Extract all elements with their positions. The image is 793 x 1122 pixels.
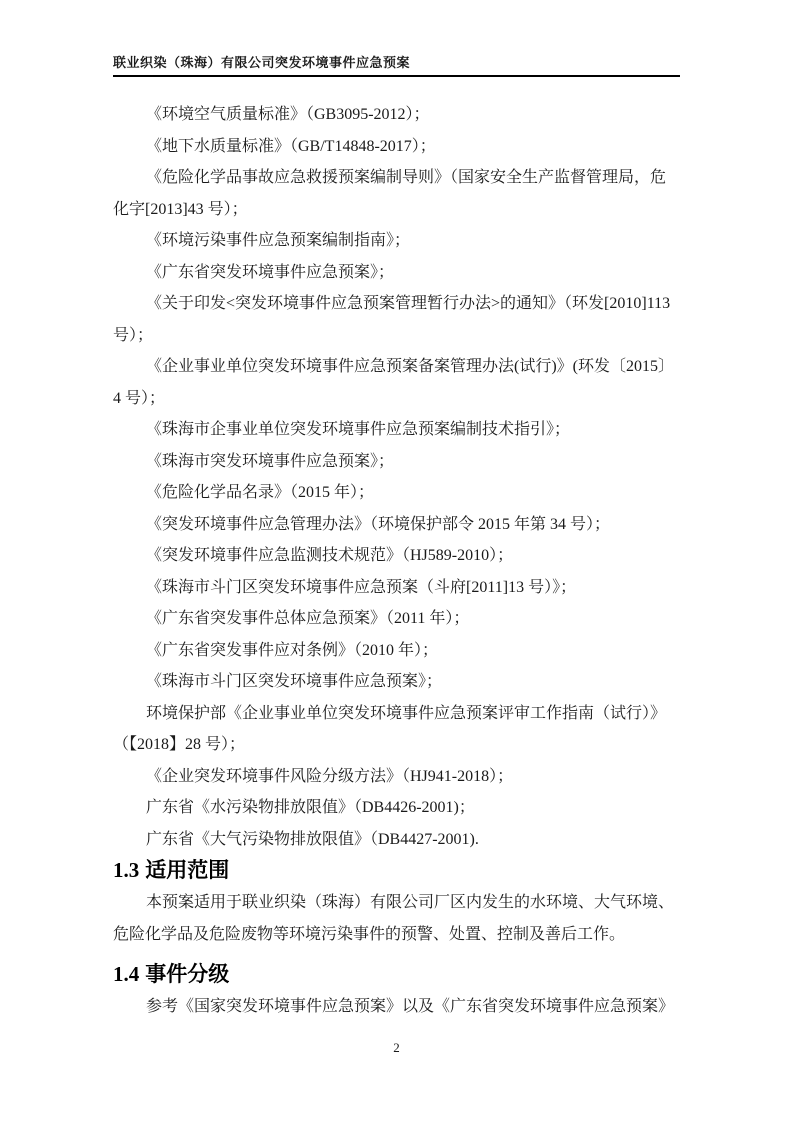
text-line: 广东省《大气污染物排放限值》（DB4427-2001). <box>113 824 680 856</box>
document-page: 联业织染（珠海）有限公司突发环境事件应急预案 《环境空气质量标准》（GB3095… <box>0 0 793 1122</box>
text-line: 《环境空气质量标准》（GB3095-2012）； <box>113 99 680 131</box>
text-line: 《地下水质量标准》（GB/T14848-2017）； <box>113 131 680 163</box>
text-line: 《突发环境事件应急监测技术规范》（HJ589-2010）； <box>113 540 680 572</box>
section-number: 1.3 <box>113 858 139 882</box>
text-line: 《危险化学品名录》（2015 年）； <box>113 477 680 509</box>
text-line: 《企业事业单位突发环境事件应急预案备案管理办法(试行)》(环发〔2015〕 <box>113 351 680 383</box>
page-content: 《环境空气质量标准》（GB3095-2012）；《地下水质量标准》（GB/T14… <box>113 99 680 1023</box>
text-line: 本预案适用于联业织染（珠海）有限公司厂区内发生的水环境、大气环境、 <box>113 887 680 919</box>
text-line: 《广东省突发事件应对条例》（2010 年）； <box>113 635 680 667</box>
text-line: 《突发环境事件应急管理办法》（环境保护部令 2015 年第 34 号）； <box>113 509 680 541</box>
text-line: 4 号）； <box>113 383 680 415</box>
section-heading: 1.3适用范围 <box>113 857 680 883</box>
text-line: 《广东省突发事件总体应急预案》（2011 年）； <box>113 603 680 635</box>
section-paragraph: 本预案适用于联业织染（珠海）有限公司厂区内发生的水环境、大气环境、危险化学品及危… <box>113 887 680 951</box>
section-number: 1.4 <box>113 962 139 986</box>
text-line: 号）； <box>113 320 680 352</box>
page-number: 2 <box>0 1040 793 1056</box>
text-line: 化字[2013]43 号）； <box>113 194 680 226</box>
references-list: 《环境空气质量标准》（GB3095-2012）；《地下水质量标准》（GB/T14… <box>113 99 680 855</box>
section-title: 事件分级 <box>145 962 229 986</box>
text-line: 《珠海市斗门区突发环境事件应急预案（斗府[2011]13 号）》； <box>113 572 680 604</box>
text-line: 环境保护部《企业事业单位突发环境事件应急预案评审工作指南（试行）》 <box>113 698 680 730</box>
section-heading: 1.4事件分级 <box>113 961 680 987</box>
text-line: （【2018】28 号）； <box>113 729 680 761</box>
text-line: 《珠海市企事业单位突发环境事件应急预案编制技术指引》； <box>113 414 680 446</box>
section-applicable-scope: 1.3适用范围 本预案适用于联业织染（珠海）有限公司厂区内发生的水环境、大气环境… <box>113 857 680 951</box>
text-line: 《广东省突发环境事件应急预案》； <box>113 257 680 289</box>
text-line: 《珠海市突发环境事件应急预案》； <box>113 446 680 478</box>
document-header: 联业织染（珠海）有限公司突发环境事件应急预案 <box>113 52 680 77</box>
text-line: 参考《国家突发环境事件应急预案》以及《广东省突发环境事件应急预案》 <box>113 991 680 1023</box>
section-paragraph: 参考《国家突发环境事件应急预案》以及《广东省突发环境事件应急预案》 <box>113 991 680 1023</box>
text-line: 危险化学品及危险废物等环境污染事件的预警、处置、控制及善后工作。 <box>113 919 680 951</box>
header-title: 联业织染（珠海）有限公司突发环境事件应急预案 <box>113 55 410 70</box>
section-title: 适用范围 <box>145 858 229 882</box>
text-line: 《危险化学品事故应急救援预案编制导则》（国家安全生产监督管理局，危 <box>113 162 680 194</box>
text-line: 《关于印发<突发环境事件应急预案管理暂行办法>的通知》（环发[2010]113 <box>113 288 680 320</box>
text-line: 《环境污染事件应急预案编制指南》； <box>113 225 680 257</box>
text-line: 广东省《水污染物排放限值》（DB4426-2001)； <box>113 792 680 824</box>
text-line: 《珠海市斗门区突发环境事件应急预案》； <box>113 666 680 698</box>
text-line: 《企业突发环境事件风险分级方法》（HJ941-2018）； <box>113 761 680 793</box>
section-event-classification: 1.4事件分级 参考《国家突发环境事件应急预案》以及《广东省突发环境事件应急预案… <box>113 961 680 1023</box>
